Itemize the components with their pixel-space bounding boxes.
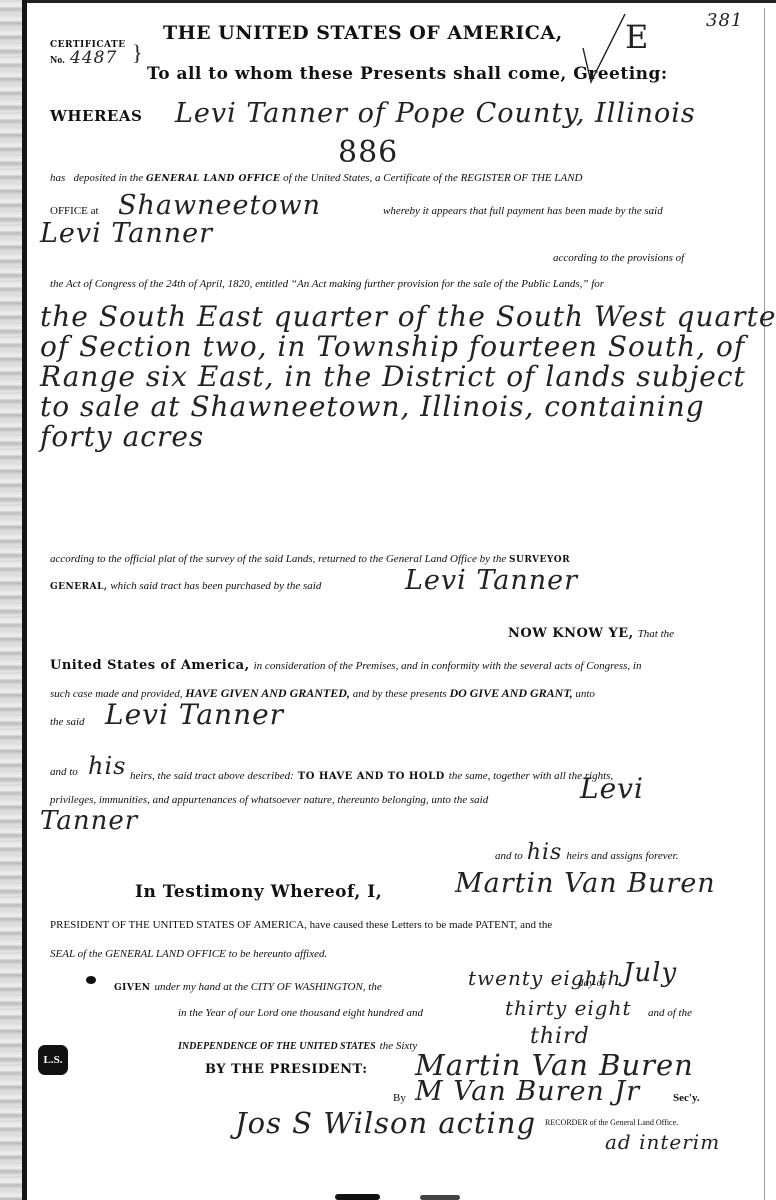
left-border bbox=[22, 0, 27, 1200]
and-of-the-label: and of the bbox=[648, 1007, 692, 1019]
independence-line: INDEPENDENCE OF THE UNITED STATES the Si… bbox=[178, 1036, 417, 1054]
land-description-line: the South East quarter of the South West… bbox=[40, 302, 776, 332]
president-line: PRESIDENT OF THE UNITED STATES OF AMERIC… bbox=[50, 919, 552, 931]
year-line: in the Year of our Lord one thousand eig… bbox=[178, 1007, 423, 1019]
margin-mark: E bbox=[625, 18, 649, 56]
top-border bbox=[0, 0, 776, 3]
month-handwritten: July bbox=[623, 958, 677, 988]
given-line: GIVEN under my hand at the CITY OF WASHI… bbox=[114, 977, 382, 995]
secretary-signature: M Van Buren Jr bbox=[415, 1076, 640, 1107]
office-at-label: OFFICE at bbox=[50, 205, 99, 217]
president-handwritten: Martin Van Buren bbox=[455, 868, 716, 899]
seal-line: SEAL of the GENERAL LAND OFFICE to be he… bbox=[50, 948, 327, 960]
in-testimony-heading: In Testimony Whereof, I, bbox=[135, 882, 382, 902]
day-of-label: day of bbox=[578, 977, 605, 989]
sixty-handwritten: third bbox=[530, 1024, 590, 1049]
act-of-congress-text: the Act of Congress of the 24th of April… bbox=[50, 278, 604, 290]
whereas-label: WHEREAS bbox=[50, 107, 142, 125]
purchaser-handwritten: Levi Tanner bbox=[405, 565, 578, 596]
recorder-title: RECORDER of the General Land Office. bbox=[545, 1118, 678, 1127]
payer-handwritten: Levi Tanner bbox=[40, 218, 213, 249]
land-description-line: of Section two, in Township fourteen Sou… bbox=[40, 332, 776, 362]
grantee-last-handwritten: Tanner bbox=[40, 806, 138, 836]
land-description-line: Range six East, in the District of lands… bbox=[40, 362, 776, 392]
bottom-ink-mark bbox=[335, 1194, 380, 1200]
general-line: GENERAL, which said tract has been purch… bbox=[50, 580, 321, 592]
ad-interim-handwritten: ad interim bbox=[605, 1130, 720, 1154]
now-know-ye-line: NOW KNOW YE, That the bbox=[508, 624, 674, 642]
and-to-label: and to bbox=[50, 766, 78, 778]
land-description-line: forty acres bbox=[40, 422, 776, 452]
land-patent-document: THE UNITED STATES OF AMERICA, CERTIFICAT… bbox=[0, 0, 776, 1200]
document-title: THE UNITED STATES OF AMERICA, bbox=[163, 22, 563, 44]
grantee-first-handwritten: Levi bbox=[580, 772, 644, 805]
heirs-line: heirs, the said tract above described: T… bbox=[130, 766, 613, 784]
land-description: the South East quarter of the South West… bbox=[40, 302, 776, 452]
ls-seal: L.S. bbox=[38, 1045, 68, 1075]
his-handwritten: his bbox=[88, 752, 126, 780]
line-has: has deposited in the GENERAL LAND OFFICE… bbox=[50, 172, 583, 184]
whereas-handwritten: Levi Tanner of Pope County, Illinois bbox=[175, 98, 696, 129]
secretary-title: Sec'y. bbox=[673, 1092, 700, 1104]
provisions-text: according to the provisions of bbox=[553, 252, 684, 264]
recorder-signature: Jos S Wilson acting bbox=[235, 1106, 536, 1140]
brace: } bbox=[132, 40, 143, 66]
left-binding-edge bbox=[0, 0, 22, 1200]
by-label: By bbox=[393, 1092, 406, 1104]
margin-number: 886 bbox=[338, 135, 398, 170]
privileges-line: privileges, immunities, and appurtenance… bbox=[50, 794, 488, 806]
plat-text: according to the official plat of the su… bbox=[50, 553, 570, 565]
year-handwritten: thirty eight bbox=[505, 996, 632, 1020]
the-said-label: the said bbox=[50, 716, 85, 728]
certificate-no-label: No. bbox=[50, 55, 65, 66]
grantee-handwritten: Levi Tanner bbox=[105, 698, 284, 731]
right-border bbox=[764, 8, 765, 1200]
land-description-line: to sale at Shawneetown, Illinois, contai… bbox=[40, 392, 776, 422]
by-the-president-label: BY THE PRESIDENT: bbox=[205, 1062, 368, 1077]
heirs-assigns-line: and to his heirs and assigns forever. bbox=[495, 840, 678, 865]
united-states-line: United States of America, in considerati… bbox=[50, 656, 641, 674]
bottom-ink-mark bbox=[420, 1195, 460, 1200]
ink-blot bbox=[86, 976, 96, 984]
whereby-text: whereby it appears that full payment has… bbox=[383, 205, 663, 217]
office-location-handwritten: Shawneetown bbox=[118, 190, 321, 221]
page-number: 381 bbox=[706, 10, 743, 31]
certificate-number: 4487 bbox=[70, 48, 117, 68]
